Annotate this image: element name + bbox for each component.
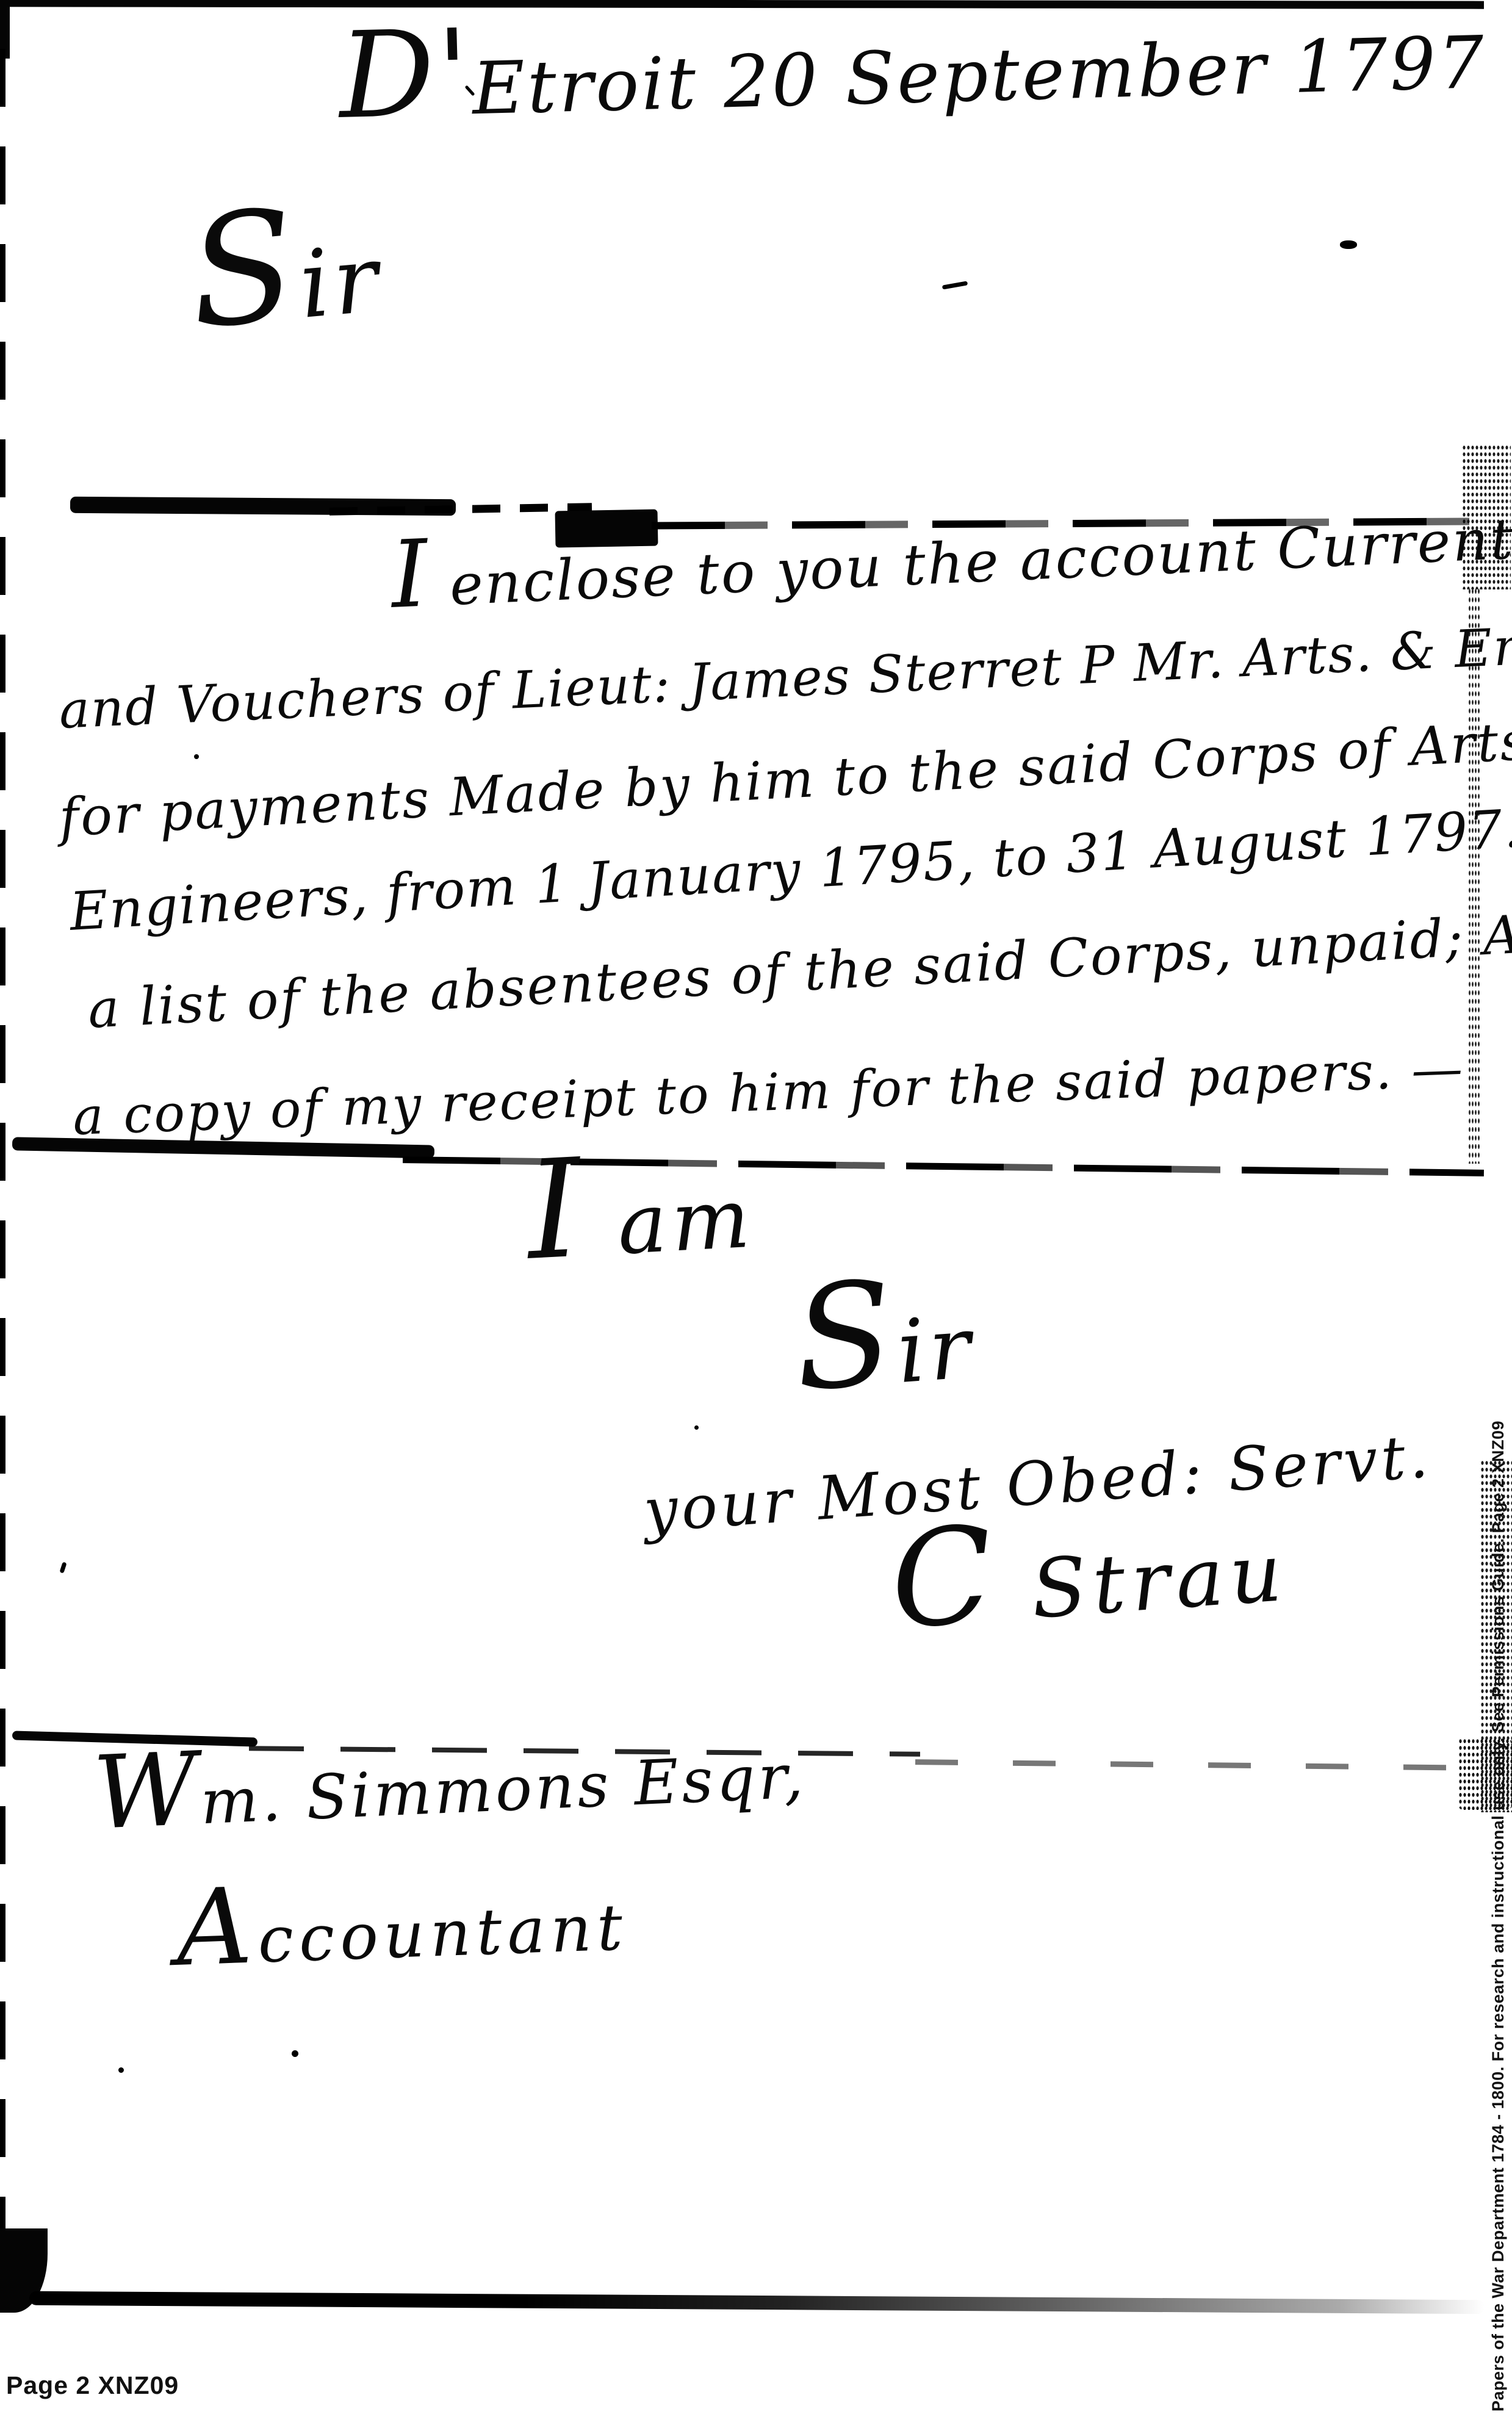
page-footer-label: Page 2 XNZ09	[6, 2371, 179, 2400]
recipient-name: Wm. Simmons Esqr,	[93, 1746, 807, 1838]
sidebar-provenance-label: Papers of the War Department 1784 - 1800…	[1489, 1421, 1508, 2412]
closing-i-am: I am	[526, 1177, 757, 1271]
closing-obedient-servant: your Most Obed: Servt.	[642, 1427, 1433, 1541]
ink-speck	[1340, 240, 1357, 249]
ink-speck	[292, 2050, 298, 2057]
ink-speck	[942, 281, 968, 289]
body-line-2: and Vouchers of Lieut: James Sterret P M…	[58, 617, 1512, 736]
closing-sir: Sir	[793, 1305, 977, 1403]
ink-speck	[59, 1562, 67, 1573]
ink-speck	[194, 754, 199, 759]
paper-strip-seam-3-right	[915, 1759, 1483, 1771]
dateline: D'Etroit 20 September 1797	[339, 26, 1487, 128]
ink-speck	[694, 1425, 699, 1430]
scanned-letter-page: D'Etroit 20 September 1797 Sir I enclose…	[0, 0, 1512, 2417]
body-line-6: a copy of my receipt to him for the said…	[72, 1042, 1465, 1142]
ink-speck	[118, 2067, 124, 2073]
scan-bottom-edge-curve	[29, 2291, 1485, 2314]
scan-left-edge	[0, 49, 5, 2239]
signature: C Strau	[890, 1532, 1291, 1640]
salutation: Sir	[188, 232, 385, 342]
scan-top-border	[0, 0, 1484, 9]
recipient-title: Accountant	[176, 1895, 629, 1975]
paper-strip-seam-1-blob	[555, 510, 658, 548]
